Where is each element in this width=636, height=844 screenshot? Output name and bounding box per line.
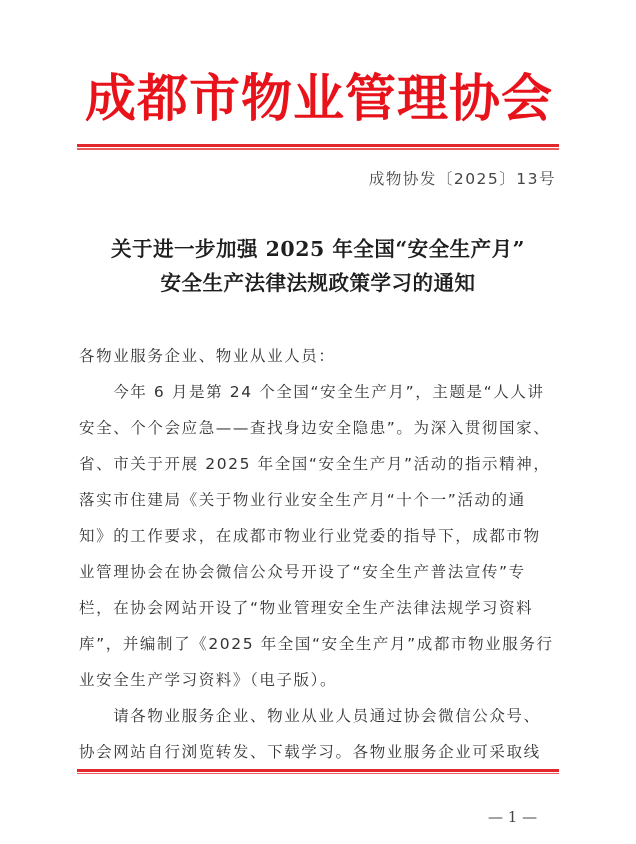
body-line: 库”，并编制了《2025 年全国“安全生产月”成都市物业服务行 — [79, 634, 557, 654]
document-number: 成物协发〔2025〕13号 — [369, 167, 556, 189]
body-line: 安全、个个会应急——查找身边安全隐患”。为深入贯彻国家、 — [79, 418, 557, 438]
body-line: 协会网站自行浏览转发、下载学习。各物业服务企业可采取线 — [79, 742, 557, 762]
body-line: 栏，在协会网站开设了“物业管理安全生产法律法规学习资料 — [79, 598, 557, 618]
divider-thin-line — [77, 773, 559, 775]
body-line: 省、市关于开展 2025 年全国“安全生产月”活动的指示精神， — [79, 454, 557, 474]
salutation: 各物业服务企业、物业从业人员： — [79, 346, 557, 366]
masthead-divider — [77, 144, 559, 150]
divider-thick-line — [77, 769, 559, 772]
body-line: 今年 6 月是第 24 个全国“安全生产月”，主题是“人人讲 — [79, 382, 557, 402]
body-line: 请各物业服务企业、物业从业人员通过协会微信公众号、 — [79, 706, 557, 726]
body-line: 业管理协会在协会微信公众号开设了“安全生产普法宣传”专 — [79, 562, 557, 582]
document-title-line-2: 安全生产法律法规政策学习的通知 — [60, 266, 576, 296]
body-line: 落实市住建局《关于物业行业安全生产月“十个一”活动的通 — [79, 490, 557, 510]
body-line: 业安全生产学习资料》（电子版）。 — [79, 670, 557, 690]
page-number: — 1 — — [488, 808, 537, 826]
masthead-org-name: 成都市物业管理协会 — [76, 66, 562, 132]
footer-divider — [77, 769, 559, 775]
document-title-line-1: 关于进一步加强 2025 年全国“安全生产月” — [60, 232, 576, 262]
document-page: 成都市物业管理协会 成物协发〔2025〕13号 关于进一步加强 2025 年全国… — [0, 0, 636, 844]
body-line: 知》的工作要求，在成都市物业行业党委的指导下，成都市物 — [79, 526, 557, 546]
divider-thick-line — [77, 144, 559, 147]
divider-thin-line — [77, 148, 559, 150]
